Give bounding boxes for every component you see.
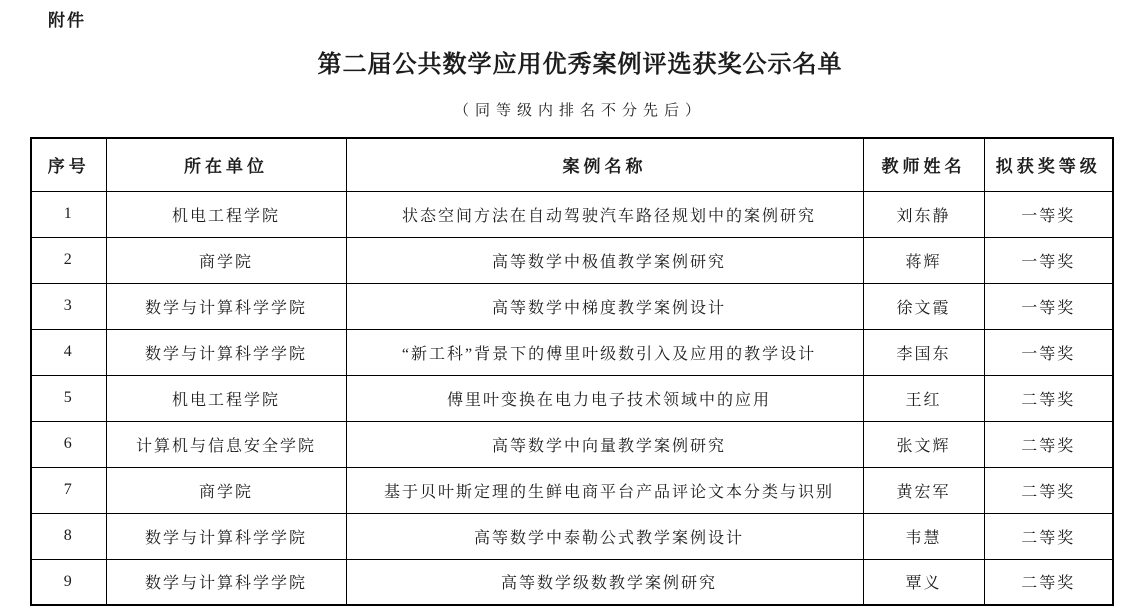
cell-unit: 商学院 [106, 237, 346, 283]
cell-award: 二等奖 [984, 375, 1113, 421]
header-cell-1: 所在单位 [106, 138, 346, 191]
header-cell-0: 序号 [31, 138, 106, 191]
cell-case-name: 高等数学中向量教学案例研究 [346, 421, 863, 467]
cell-teacher-name: 蒋辉 [863, 237, 984, 283]
document-page: { "page": { "attachment_label": "附件", "t… [0, 0, 1139, 616]
cell-award: 一等奖 [984, 329, 1113, 375]
cell-teacher-name: 张文辉 [863, 421, 984, 467]
cell-teacher-name: 黄宏军 [863, 467, 984, 513]
cell-teacher-name: 韦慧 [863, 513, 984, 559]
cell-case-name: 高等数学中泰勒公式教学案例设计 [346, 513, 863, 559]
cell-teacher-name: 李国东 [863, 329, 984, 375]
cell-index: 1 [31, 191, 106, 237]
table-body: 1机电工程学院状态空间方法在自动驾驶汽车路径规划中的案例研究刘东静一等奖2商学院… [31, 191, 1113, 605]
table-row: 3数学与计算科学学院高等数学中梯度教学案例设计徐文霞一等奖 [31, 283, 1113, 329]
header-cell-4: 拟获奖等级 [984, 138, 1113, 191]
header-cell-2: 案例名称 [346, 138, 863, 191]
table-row: 4数学与计算科学学院“新工科”背景下的傅里叶级数引入及应用的教学设计李国东一等奖 [31, 329, 1113, 375]
cell-index: 3 [31, 283, 106, 329]
cell-index: 5 [31, 375, 106, 421]
cell-case-name: 状态空间方法在自动驾驶汽车路径规划中的案例研究 [346, 191, 863, 237]
table-row: 2商学院高等数学中极值教学案例研究蒋辉一等奖 [31, 237, 1113, 283]
cell-index: 9 [31, 559, 106, 605]
page-title: 第二届公共数学应用优秀案例评选获奖公示名单 [40, 44, 1120, 79]
page-subtitle: （同等级内排名不分先后） [40, 99, 1120, 120]
cell-award: 一等奖 [984, 191, 1113, 237]
cell-award: 一等奖 [984, 237, 1113, 283]
cell-unit: 数学与计算科学学院 [106, 513, 346, 559]
cell-award: 一等奖 [984, 283, 1113, 329]
cell-index: 8 [31, 513, 106, 559]
cell-award: 二等奖 [984, 513, 1113, 559]
cell-unit: 数学与计算科学学院 [106, 329, 346, 375]
cell-case-name: 基于贝叶斯定理的生鲜电商平台产品评论文本分类与识别 [346, 467, 863, 513]
table-header: 序号所在单位案例名称教师姓名拟获奖等级 [31, 138, 1113, 191]
cell-unit: 商学院 [106, 467, 346, 513]
table-row: 8数学与计算科学学院高等数学中泰勒公式教学案例设计韦慧二等奖 [31, 513, 1113, 559]
cell-case-name: 高等数学中梯度教学案例设计 [346, 283, 863, 329]
cell-award: 二等奖 [984, 467, 1113, 513]
cell-unit: 数学与计算科学学院 [106, 559, 346, 605]
cell-unit: 计算机与信息安全学院 [106, 421, 346, 467]
cell-teacher-name: 刘东静 [863, 191, 984, 237]
cell-teacher-name: 徐文霞 [863, 283, 984, 329]
attachment-label: 附件 [48, 6, 86, 31]
cell-teacher-name: 覃义 [863, 559, 984, 605]
cell-unit: 机电工程学院 [106, 191, 346, 237]
cell-teacher-name: 王红 [863, 375, 984, 421]
cell-index: 2 [31, 237, 106, 283]
header-cell-3: 教师姓名 [863, 138, 984, 191]
cell-unit: 机电工程学院 [106, 375, 346, 421]
cell-case-name: 高等数学级数教学案例研究 [346, 559, 863, 605]
cell-case-name: “新工科”背景下的傅里叶级数引入及应用的教学设计 [346, 329, 863, 375]
table-header-row: 序号所在单位案例名称教师姓名拟获奖等级 [31, 138, 1113, 191]
table-row: 6计算机与信息安全学院高等数学中向量教学案例研究张文辉二等奖 [31, 421, 1113, 467]
table-row: 5机电工程学院傅里叶变换在电力电子技术领域中的应用王红二等奖 [31, 375, 1113, 421]
cell-case-name: 傅里叶变换在电力电子技术领域中的应用 [346, 375, 863, 421]
cell-index: 7 [31, 467, 106, 513]
table-row: 7商学院基于贝叶斯定理的生鲜电商平台产品评论文本分类与识别黄宏军二等奖 [31, 467, 1113, 513]
cell-index: 4 [31, 329, 106, 375]
cell-award: 二等奖 [984, 559, 1113, 605]
cell-case-name: 高等数学中极值教学案例研究 [346, 237, 863, 283]
cell-unit: 数学与计算科学学院 [106, 283, 346, 329]
awards-table: 序号所在单位案例名称教师姓名拟获奖等级 1机电工程学院状态空间方法在自动驾驶汽车… [30, 137, 1114, 606]
cell-index: 6 [31, 421, 106, 467]
cell-award: 二等奖 [984, 421, 1113, 467]
table-row: 9数学与计算科学学院高等数学级数教学案例研究覃义二等奖 [31, 559, 1113, 605]
table-row: 1机电工程学院状态空间方法在自动驾驶汽车路径规划中的案例研究刘东静一等奖 [31, 191, 1113, 237]
